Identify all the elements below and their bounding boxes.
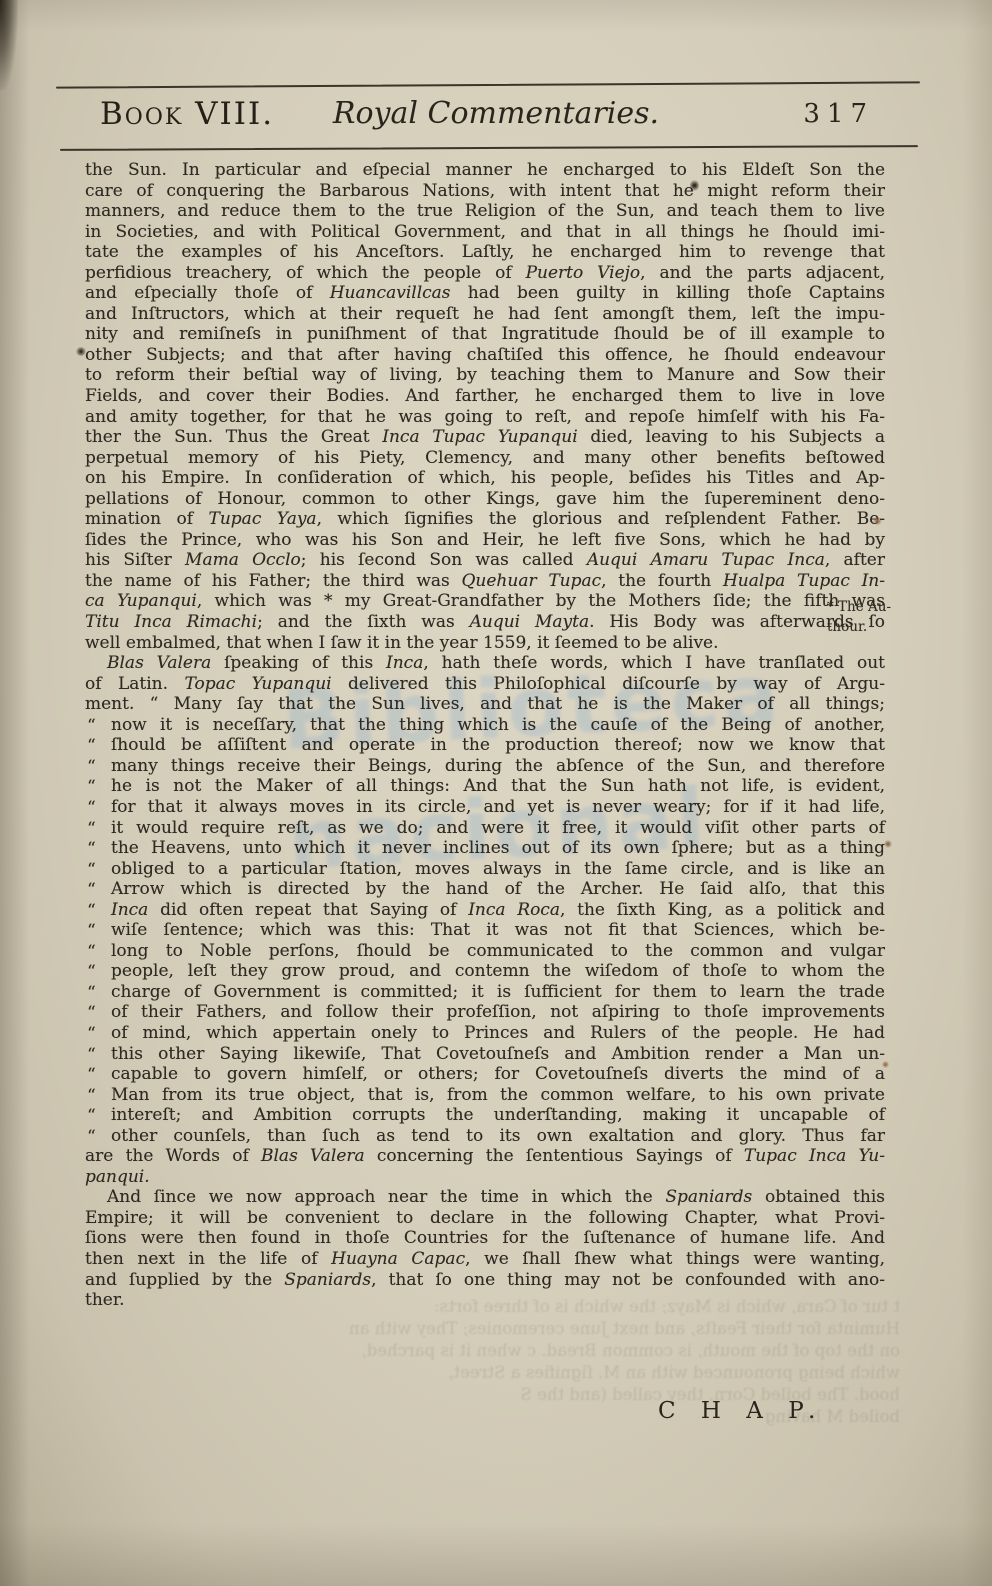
- text-segment: Man from its true object, that is, from …: [111, 1085, 885, 1105]
- text-line: “many things receive their Beings, durin…: [85, 756, 885, 777]
- text-segment: ſpeaking of this: [211, 653, 386, 673]
- text-segment: Fields, and cover their Bodies. And fart…: [85, 386, 885, 406]
- text-line: well embalmed, that when I ſaw it in the…: [85, 633, 885, 654]
- top-rule: [56, 81, 920, 88]
- text-segment: , the ſixth King, as a politick and: [560, 900, 885, 920]
- text-line: “long to Noble perſons, ſhould be commun…: [85, 941, 885, 962]
- text-line: Blas Valera ſpeaking of this Inca, hath …: [85, 653, 885, 674]
- bleedthrough-line: which being pronounced with an M. ſignif…: [80, 1362, 900, 1384]
- quotation-mark: “: [87, 757, 96, 778]
- text-segment: capable to govern himſelf, or others; fo…: [111, 1064, 885, 1084]
- text-line: ca Yupanqui, which was * my Great-Grandf…: [85, 591, 885, 612]
- text-line: ther.: [85, 1290, 885, 1311]
- text-segment: the Heavens, unto which it never incline…: [111, 838, 885, 858]
- italic-text-segment: Quehuar Tupac: [461, 571, 601, 591]
- quotation-mark: “: [87, 777, 96, 798]
- text-segment: other counſels, than ſuch as tend to its…: [111, 1126, 885, 1146]
- italic-text-segment: Puerto Viejo: [526, 263, 641, 283]
- text-line: manners, and reduce them to the true Rel…: [85, 201, 885, 222]
- text-line: “wiſe ſentence; which was this: That it …: [85, 920, 885, 941]
- text-segment: obliged to a particular ſtation, moves a…: [111, 859, 885, 879]
- text-segment: long to Noble perſons, ſhould be communi…: [111, 941, 885, 961]
- text-segment: to reform their beſtial way of living, b…: [85, 365, 885, 385]
- text-segment: , hath theſe words, which I have tranſla…: [423, 653, 885, 673]
- quotation-mark: “: [87, 839, 96, 860]
- text-line: other Subjects; and that after having ch…: [85, 345, 885, 366]
- text-line: on his Empire. In conſideration of which…: [85, 468, 885, 489]
- text-segment: and Inſtructors, which at their requeſt …: [85, 304, 885, 324]
- text-line: and Inſtructors, which at their requeſt …: [85, 304, 885, 325]
- text-line: And ſince we now approach near the time …: [85, 1187, 885, 1208]
- text-segment: , which was * my Great-Grandfather by th…: [197, 591, 885, 611]
- italic-text-segment: ca Yupanqui: [85, 591, 197, 611]
- quotation-mark: “: [87, 1086, 96, 1107]
- quotation-mark: “: [87, 921, 96, 942]
- text-line: “he is not the Maker of all things: And …: [85, 776, 885, 797]
- text-segment: , we ſhall ſhew what things were wanting…: [465, 1249, 885, 1269]
- italic-text-segment: panqui.: [85, 1167, 150, 1187]
- text-line: “Man from its true object, that is, from…: [85, 1085, 885, 1106]
- text-segment: Empire; it will be convenient to declare…: [85, 1208, 885, 1228]
- text-segment: died, leaving to his Subjects a: [578, 427, 885, 447]
- text-line: of Latin. Topac Yupanqui delivered this …: [85, 674, 885, 695]
- bleedthrough-line: on the top of the mouth, is common Bread…: [80, 1340, 900, 1362]
- quotation-mark: “: [87, 901, 96, 922]
- running-header: Book VIII. Royal Commentaries. 317: [0, 96, 992, 146]
- italic-text-segment: Tupac Yaya: [209, 509, 317, 529]
- text-segment: tate the examples of his Anceſtors. Laſt…: [85, 242, 885, 262]
- text-segment: perfidious treachery, of which the peopl…: [85, 263, 526, 283]
- text-segment: care of conquering the Barbarous Nations…: [85, 181, 885, 201]
- text-segment: And ſince we now approach near the time …: [107, 1187, 665, 1207]
- text-line: “the Heavens, unto which it never inclin…: [85, 838, 885, 859]
- text-line: and ſupplied by the Spaniards, that ſo o…: [85, 1270, 885, 1291]
- text-line: “intereſt; and Ambition corrupts the und…: [85, 1105, 885, 1126]
- text-segment: , and the parts adjacent,: [640, 263, 885, 283]
- italic-text-segment: Tupac Inca Yu-: [744, 1146, 885, 1166]
- text-line: then next in the life of Huayna Capac, w…: [85, 1249, 885, 1270]
- quotation-mark: “: [87, 1003, 96, 1024]
- text-line: “it would require reſt, as we do; and we…: [85, 818, 885, 839]
- text-segment: ther the Sun. Thus the Great: [85, 427, 382, 447]
- text-line: nity and remiſneſs in puniſhment of that…: [85, 324, 885, 345]
- text-segment: obtained this: [752, 1187, 885, 1207]
- paragraph: the Sun. In particular and eſpecial mann…: [85, 160, 885, 653]
- text-line: the name of his Father; the third was Qu…: [85, 571, 885, 592]
- text-segment: , after: [825, 550, 885, 570]
- text-segment: delivered this Philoſophical diſcourſe b…: [332, 674, 885, 694]
- italic-text-segment: Blas Valera: [261, 1146, 365, 1166]
- text-segment: had been guilty in killing thoſe Captain…: [451, 283, 886, 303]
- text-segment: ſides the Prince, who was his Son and He…: [85, 530, 885, 550]
- text-line: in Societies, and with Political Governm…: [85, 222, 885, 243]
- text-segment: ſhould be aſſiſtent and operate in the p…: [111, 735, 885, 755]
- text-line: “this other Saying likewiſe, That Coveto…: [85, 1044, 885, 1065]
- text-segment: ther.: [85, 1290, 125, 1310]
- text-segment: manners, and reduce them to the true Rel…: [85, 201, 885, 221]
- text-line: “Arrow which is directed by the hand of …: [85, 879, 885, 900]
- text-segment: wiſe ſentence; which was this: That it w…: [111, 920, 885, 940]
- italic-text-segment: Topac Yupanqui: [184, 674, 331, 694]
- text-line: mination of Tupac Yaya, which ſignifies …: [85, 509, 885, 530]
- text-line: “ſhould be aſſiſtent and operate in the …: [85, 735, 885, 756]
- quotation-mark: “: [87, 983, 96, 1004]
- text-segment: and ſupplied by the: [85, 1270, 284, 1290]
- text-segment: in Societies, and with Political Governm…: [85, 222, 885, 242]
- text-line: ther the Sun. Thus the Great Inca Tupac …: [85, 427, 885, 448]
- italic-text-segment: Blas Valera: [107, 653, 211, 673]
- text-block: the Sun. In particular and eſpecial mann…: [85, 160, 885, 1311]
- text-segment: perpetual memory of his Piety, Clemency,…: [85, 448, 885, 468]
- quotation-mark: “: [87, 1106, 96, 1127]
- text-segment: ; his ſecond Son was called: [301, 550, 587, 570]
- margin-note-line-2: thour.: [827, 617, 922, 637]
- text-line: and amity together, for that he was goin…: [85, 407, 885, 428]
- text-segment: this other Saying likewiſe, That Covetou…: [111, 1044, 885, 1064]
- text-line: “charge of Government is committed; it i…: [85, 982, 885, 1003]
- italic-text-segment: Auqui Amaru Tupac Inca: [587, 550, 825, 570]
- text-line: “now it is neceſſary, that the thing whi…: [85, 715, 885, 736]
- text-segment: ; and the ſixth was: [257, 612, 470, 632]
- quotation-mark: “: [87, 962, 96, 983]
- text-segment: ment. “ Many ſay that the Sun lives, and…: [85, 694, 885, 714]
- text-line: Titu Inca Rimachi; and the ſixth was Auq…: [85, 612, 885, 633]
- quotation-mark: “: [87, 798, 96, 819]
- margin-note: * The Au- thour.: [827, 597, 922, 637]
- text-segment: nity and remiſneſs in puniſhment of that…: [85, 324, 885, 344]
- italic-text-segment: Huancavillcas: [330, 283, 451, 303]
- text-line: “Inca did often repeat that Saying of In…: [85, 900, 885, 921]
- bleedthrough-line: Huminta for their Feaſts, and next June …: [80, 1318, 900, 1340]
- text-segment: on his Empire. In conſideration of which…: [85, 468, 885, 488]
- text-segment: of their Fathers, and follow their profe…: [111, 1002, 885, 1022]
- text-line: perpetual memory of his Piety, Clemency,…: [85, 448, 885, 469]
- text-segment: , the fourth: [601, 571, 723, 591]
- text-segment: Arrow which is directed by the hand of t…: [111, 879, 885, 899]
- text-line: his Siſter Mama Occlo; his ſecond Son wa…: [85, 550, 885, 571]
- text-line: perfidious treachery, of which the peopl…: [85, 263, 885, 284]
- italic-text-segment: Spaniards: [284, 1270, 371, 1290]
- italic-text-segment: Inca: [111, 900, 148, 920]
- text-segment: ſions were then found in thoſe Countries…: [85, 1228, 885, 1248]
- paragraph: And ſince we now approach near the time …: [85, 1187, 885, 1310]
- book-page-scan: Biblioteca nacional Book VIII. Royal Com…: [0, 0, 992, 1586]
- text-segment: then next in the life of: [85, 1249, 331, 1269]
- italic-text-segment: Inca Tupac Yupanqui: [382, 427, 577, 447]
- quotation-mark: “: [87, 942, 96, 963]
- text-segment: pellations of Honour, common to other Ki…: [85, 489, 885, 509]
- text-segment: he is not the Maker of all things: And t…: [111, 776, 885, 796]
- paragraph: Blas Valera ſpeaking of this Inca, hath …: [85, 653, 885, 1187]
- quotation-mark: “: [87, 860, 96, 881]
- text-line: “people, leſt they grow proud, and conte…: [85, 961, 885, 982]
- text-segment: the Sun. In particular and eſpecial mann…: [85, 160, 885, 180]
- text-segment: , that ſo one thing may not be confounde…: [371, 1270, 885, 1290]
- italic-text-segment: Spaniards: [665, 1187, 752, 1207]
- text-line: care of conquering the Barbarous Nations…: [85, 181, 885, 202]
- quotation-mark: “: [87, 1127, 96, 1148]
- text-line: ment. “ Many ſay that the Sun lives, and…: [85, 694, 885, 715]
- italic-text-segment: Huayna Capac: [331, 1249, 465, 1269]
- text-segment: of Latin.: [85, 674, 184, 694]
- quotation-mark: “: [87, 880, 96, 901]
- page-number: 317: [803, 99, 874, 129]
- text-line: and eſpecially thoſe of Huancavillcas ha…: [85, 283, 885, 304]
- text-segment: many things receive their Beings, during…: [111, 756, 885, 776]
- margin-note-line-1: * The Au-: [827, 597, 922, 617]
- text-segment: for that it always moves in its circle, …: [111, 797, 885, 817]
- quotation-mark: “: [87, 819, 96, 840]
- italic-text-segment: Titu Inca Rimachi: [85, 612, 257, 632]
- text-line: tate the examples of his Anceſtors. Laſt…: [85, 242, 885, 263]
- italic-text-segment: Hualpa Tupac In-: [723, 571, 885, 591]
- text-segment: it would require reſt, as we do; and wer…: [111, 818, 885, 838]
- text-segment: are the Words of: [85, 1146, 261, 1166]
- italic-text-segment: Inca: [386, 653, 423, 673]
- text-line: the Sun. In particular and eſpecial mann…: [85, 160, 885, 181]
- quotation-mark: “: [87, 1045, 96, 1066]
- text-line: to reform their beſtial way of living, b…: [85, 365, 885, 386]
- text-segment: concerning the ſententious Sayings of: [365, 1146, 744, 1166]
- text-segment: of mind, which appertain onely to Prince…: [111, 1023, 885, 1043]
- italic-text-segment: Auqui Mayta: [470, 612, 590, 632]
- text-segment: and eſpecially thoſe of: [85, 283, 330, 303]
- quotation-mark: “: [87, 716, 96, 737]
- text-segment: well embalmed, that when I ſaw it in the…: [85, 633, 719, 653]
- text-line: Fields, and cover their Bodies. And fart…: [85, 386, 885, 407]
- text-segment: now it is neceſſary, that the thing whic…: [111, 715, 885, 735]
- quotation-mark: “: [87, 1065, 96, 1086]
- text-segment: his Siſter: [85, 550, 185, 570]
- text-line: ſides the Prince, who was his Son and He…: [85, 530, 885, 551]
- text-line: ſions were then found in thoſe Countries…: [85, 1228, 885, 1249]
- quotation-mark: “: [87, 1024, 96, 1045]
- italic-text-segment: Mama Occlo: [185, 550, 301, 570]
- text-line: “obliged to a particular ſtation, moves …: [85, 859, 885, 880]
- text-line: “of mind, which appertain onely to Princ…: [85, 1023, 885, 1044]
- text-segment: the name of his Father; the third was: [85, 571, 461, 591]
- page-corner-shadow: [0, 0, 18, 90]
- foxing-spot: [884, 840, 892, 848]
- text-line: “for that it always moves in its circle,…: [85, 797, 885, 818]
- text-line: “capable to govern himſelf, or others; f…: [85, 1064, 885, 1085]
- text-segment: and amity together, for that he was goin…: [85, 407, 885, 427]
- text-segment: mination of: [85, 509, 209, 529]
- text-line: “other counſels, than ſuch as tend to it…: [85, 1126, 885, 1147]
- text-line: are the Words of Blas Valera concerning …: [85, 1146, 885, 1167]
- text-line: panqui.: [85, 1167, 885, 1188]
- quotation-mark: “: [87, 736, 96, 757]
- catchword: C H A P.: [658, 1398, 824, 1424]
- text-line: “of their Fathers, and follow their prof…: [85, 1002, 885, 1023]
- italic-text-segment: Inca Roca: [468, 900, 560, 920]
- text-segment: people, leſt they grow proud, and contem…: [111, 961, 885, 981]
- text-segment: other Subjects; and that after having ch…: [85, 345, 885, 365]
- text-segment: charge of Government is committed; it is…: [111, 982, 885, 1002]
- text-line: pellations of Honour, common to other Ki…: [85, 489, 885, 510]
- text-segment: , which ſignifies the glorious and reſpl…: [317, 509, 885, 529]
- text-segment: intereſt; and Ambition corrupts the unde…: [111, 1105, 885, 1125]
- text-segment: did often repeat that Saying of: [148, 900, 468, 920]
- text-line: Empire; it will be convenient to declare…: [85, 1208, 885, 1229]
